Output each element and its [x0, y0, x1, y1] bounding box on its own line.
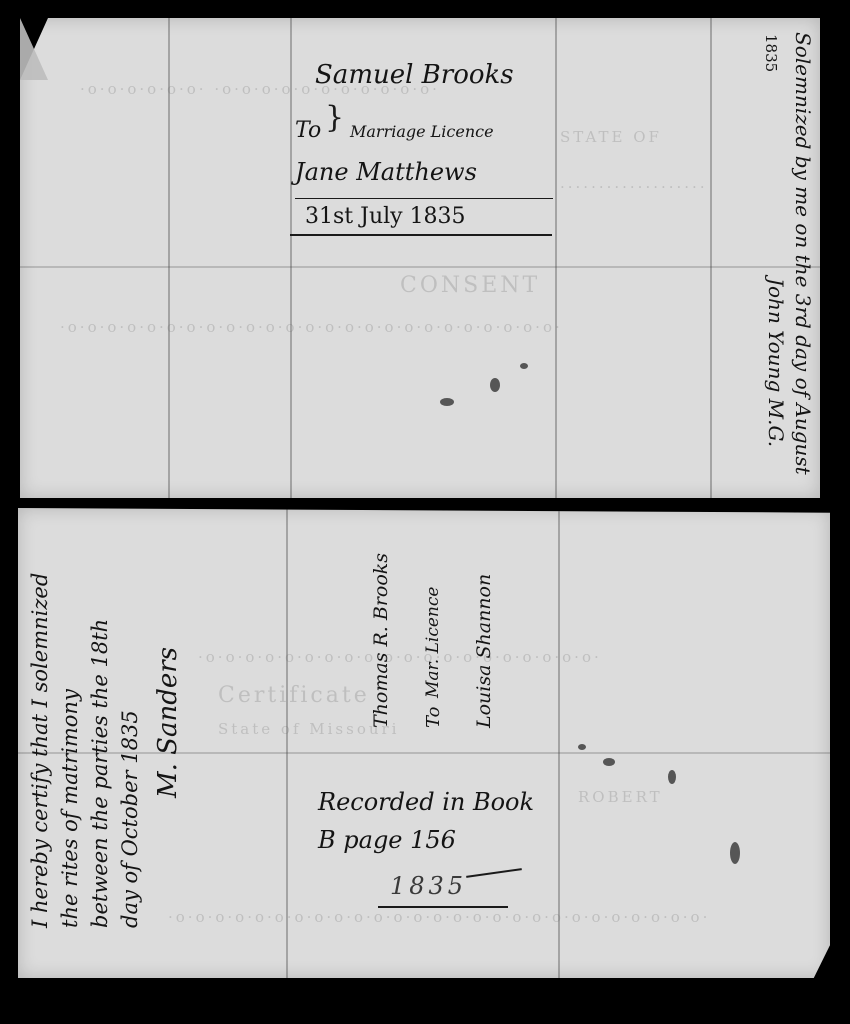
back-licence-description: Mar. Licence [423, 587, 443, 698]
ink-blot [668, 770, 676, 784]
bleed-through-print: ·o·o·o·o·o·o·o·o·o·o·o·o·o·o·o·o·o·o·o·o… [168, 908, 710, 926]
bleed-through-print: CONSENT [400, 273, 540, 298]
document-front-sheet: ·o·o·o·o·o·o· ·o·o·o·o·o·o·o·o·o·o·o· ST… [20, 18, 820, 498]
fold-line [20, 266, 820, 268]
front-bride-name: Jane Matthews [295, 158, 477, 186]
bleed-through-print: ·o·o·o·o·o·o·o·o·o·o·o·o·o·o·o·o·o·o·o·o… [198, 648, 602, 666]
certificate-line-3: between the parties the 18th [88, 619, 112, 928]
folded-corner [20, 18, 48, 80]
officiant-signature: John Young M.G. [764, 278, 788, 447]
docket-rule [290, 234, 552, 236]
back-to-label: To [423, 707, 444, 728]
solemnization-year: 1835 [762, 34, 780, 72]
ink-blot [520, 363, 528, 369]
ink-blot [730, 842, 740, 864]
bleed-through-print: Certificate [218, 683, 370, 708]
fold-line [710, 18, 712, 498]
certificate-signature: M. Sanders [153, 647, 183, 798]
record-year: 1835 [390, 872, 467, 900]
bleed-through-print: ·o·o·o·o·o·o·o·o·o·o·o·o·o·o·o·o·o·o·o·o… [60, 318, 563, 336]
bleed-through-print: STATE OF [560, 128, 662, 146]
ink-blot [603, 758, 615, 766]
certificate-line-1: I hereby certify that I solemnized [28, 573, 52, 928]
ink-blot [578, 744, 586, 750]
solemnization-note: Solemnized by me on the 3rd day of Augus… [791, 32, 815, 475]
bleed-through-print: ··················· [560, 178, 708, 196]
record-flourish [466, 868, 522, 878]
back-groom-name: Thomas R. Brooks [370, 553, 392, 728]
ink-blot [490, 378, 500, 392]
front-to-label: To [295, 118, 321, 143]
front-licence-date: 31st July 1835 [305, 204, 466, 229]
bleed-through-print: ROBERT [578, 788, 663, 806]
brace-icon: } [325, 100, 344, 135]
front-groom-name: Samuel Brooks [315, 60, 514, 90]
document-back-sheet: ·o·o·o·o·o·o·o·o·o·o·o·o·o·o·o·o·o·o·o·o… [18, 508, 830, 978]
certificate-line-4: day of October 1835 [118, 710, 142, 928]
certificate-line-2: the rites of matrimony [58, 689, 82, 928]
docket-rule [295, 198, 553, 199]
front-licence-description: Marriage Licence [350, 122, 494, 141]
back-bride-name: Louisa Shannon [473, 574, 495, 728]
ink-blot [440, 398, 454, 406]
record-line-1: Recorded in Book [318, 788, 534, 816]
record-underline [378, 906, 508, 908]
fold-line [555, 18, 557, 498]
record-line-2: B page 156 [318, 826, 456, 854]
